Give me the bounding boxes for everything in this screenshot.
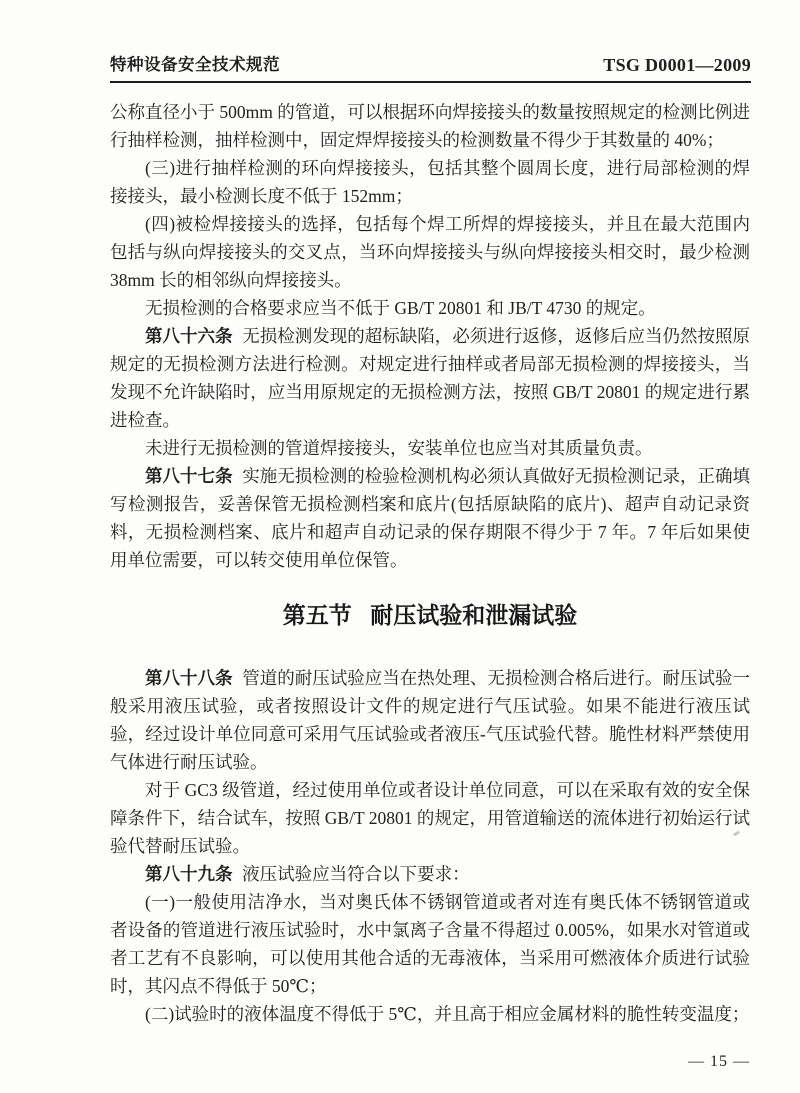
paragraph-text: (二)试验时的液体温度不得低于 5℃，并且高于相应金属材料的脆性转变温度； [145,1004,749,1024]
header-standard-code: TSG D0001—2009 [603,55,751,75]
paragraph-text: 液压试验应当符合以下要求： [242,864,470,884]
paragraph-text: 无损检测的合格要求应当不低于 GB/T 20801 和 JB/T 4730 的规… [145,298,656,318]
section-title: 耐压试验和泄漏试验 [370,602,577,628]
article-number: 第八十六条 [145,326,233,346]
scanned-document-page: 特种设备安全技术规范 TSG D0001—2009 公称直径小于 500mm 的… [0,0,800,1093]
article-number: 第八十九条 [145,864,233,884]
paragraph: 第八十七条实施无损检测的检验检测机构必须认真做好无损检测记录，正确填写检测报告，… [110,462,750,574]
article-number: 第八十八条 [145,668,233,688]
section-number: 第五节 [283,602,352,628]
paragraph: (二)试验时的液体温度不得低于 5℃，并且高于相应金属材料的脆性转变温度； [110,1000,750,1028]
paragraph: (四)被检焊接接头的选择，包括每个焊工所焊的焊接接头，并且在最大范围内包括与纵向… [110,210,750,294]
header-standard-name: 特种设备安全技术规范 [110,55,280,75]
paragraph-text: 对于 GC3 级管道，经过使用单位或者设计单位同意，可以在采取有效的安全保障条件… [110,780,750,856]
paragraph: (一)一般使用洁净水，当对奥氏体不锈钢管道或者对连有奥氏体不锈钢管道或者设备的管… [110,888,750,1000]
body-section-bottom: 第八十八条管道的耐压试验应当在热处理、无损检测合格后进行。耐压试验一般采用液压试… [110,664,750,1028]
paragraph: 第八十九条液压试验应当符合以下要求： [110,860,750,888]
paragraph: 无损检测的合格要求应当不低于 GB/T 20801 和 JB/T 4730 的规… [110,294,750,322]
paragraph-text: (三)进行抽样检测的环向焊接接头，包括其整个圆周长度，进行局部检测的焊接接头，最… [110,158,750,206]
paragraph-text: 未进行无损检测的管道焊接接头，安装单位也应当对其质量负责。 [145,438,653,458]
article-number: 第八十七条 [145,466,233,486]
paragraph: 对于 GC3 级管道，经过使用单位或者设计单位同意，可以在采取有效的安全保障条件… [110,776,750,860]
paragraph: 第八十八条管道的耐压试验应当在热处理、无损检测合格后进行。耐压试验一般采用液压试… [110,664,750,776]
page-number: — 15 — [688,1053,750,1071]
paragraph: 未进行无损检测的管道焊接接头，安装单位也应当对其质量负责。 [110,434,750,462]
paragraph: 第八十六条无损检测发现的超标缺陷，必须进行返修，返修后应当仍然按照原规定的无损检… [110,322,750,434]
paragraph-text: (四)被检焊接接头的选择，包括每个焊工所焊的焊接接头，并且在最大范围内包括与纵向… [110,214,750,290]
paragraph-text: (一)一般使用洁净水，当对奥氏体不锈钢管道或者对连有奥氏体不锈钢管道或者设备的管… [110,892,750,996]
paragraph-text: 公称直径小于 500mm 的管道，可以根据环向焊接接头的数量按照规定的检测比例进… [110,102,750,150]
paragraph: (三)进行抽样检测的环向焊接接头，包括其整个圆周长度，进行局部检测的焊接接头，最… [110,154,750,210]
paragraph: 公称直径小于 500mm 的管道，可以根据环向焊接接头的数量按照规定的检测比例进… [110,98,750,154]
page-header: 特种设备安全技术规范 TSG D0001—2009 [110,55,751,83]
section-heading: 第五节耐压试验和泄漏试验 [110,597,750,633]
document-body: 公称直径小于 500mm 的管道，可以根据环向焊接接头的数量按照规定的检测比例进… [110,98,750,1028]
body-section-top: 公称直径小于 500mm 的管道，可以根据环向焊接接头的数量按照规定的检测比例进… [110,98,750,574]
